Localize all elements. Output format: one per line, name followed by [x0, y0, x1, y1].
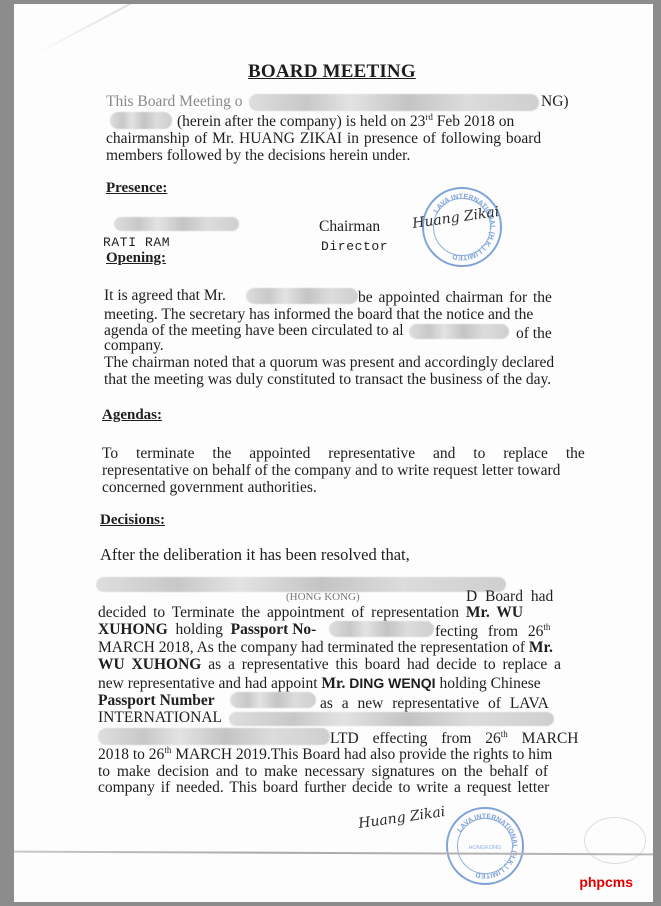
intro-line-1: This Board Meeting o	[106, 94, 242, 110]
agendas-line-2: representative on behalf of the company …	[102, 463, 560, 479]
signature-bottom: Huang Zikai	[357, 804, 446, 832]
opening-line-6: that the meeting was duly constituted to…	[104, 372, 551, 388]
redacted-company-full-2	[98, 728, 330, 745]
stamp-text-icon: LAVA INTERNATIONAL (H.K.) LIMITED HONGKO…	[448, 809, 522, 883]
decisions-line-11: to make decision and to make necessary s…	[98, 764, 548, 780]
svg-text:HONGKONG: HONGKONG	[469, 845, 502, 851]
opening-line-1-end: be appointed chairman for the	[358, 290, 552, 306]
opening-line-3-end: of the	[516, 326, 552, 342]
opening-line-1-start: It is agreed that Mr.	[104, 288, 226, 304]
decisions-line-3-end: fecting from 26th	[435, 624, 550, 640]
decisions-line-12: company if needed. This board further de…	[98, 780, 549, 796]
redacted-company-full	[229, 712, 554, 726]
redacted-company-suffix	[110, 112, 172, 129]
intro-line-4: members followed by the decisions herein…	[106, 148, 410, 164]
member-role-director: Director	[321, 239, 388, 255]
decisions-heading: Decisions:	[100, 512, 165, 529]
agendas-heading: Agendas:	[102, 407, 162, 424]
member-name: RATI RAM	[103, 235, 170, 251]
watermark: phpcms	[579, 874, 633, 890]
opening-line-2: meeting. The secretary has informed the …	[104, 307, 533, 323]
agendas-line-3: concerned government authorities.	[102, 480, 317, 496]
redacted-member-name	[114, 217, 239, 231]
opening-line-5: The chairman noted that a quorum was pre…	[104, 355, 554, 371]
agendas-line-1: To terminate the appointed representativ…	[102, 446, 585, 462]
redacted-passport-number	[230, 692, 316, 708]
document-page: BOARD MEETING This Board Meeting o NG) (…	[14, 4, 653, 902]
decisions-line-4: MARCH 2018, As the company had terminate…	[98, 640, 553, 656]
company-stamp-bottom: LAVA INTERNATIONAL (H.K.) LIMITED HONGKO…	[446, 807, 524, 885]
decisions-line-5: WU XUHONG as a representative this board…	[98, 657, 561, 673]
decisions-line-6: new representative and had appoint Mr. D…	[98, 675, 541, 692]
decisions-line-7-end: as a new representative of LAVA	[320, 696, 549, 712]
decisions-line-1-end: D Board had	[466, 589, 553, 605]
decisions-line-2: decided to Terminate the appointment of …	[98, 605, 523, 621]
decisions-line-9: LTD effecting from 26th MARCH	[330, 731, 579, 747]
intro-line-3: chairmanship of Mr. HUANG ZIKAI in prese…	[106, 131, 541, 147]
opening-line-4: company.	[104, 338, 164, 354]
member-role-chairman: Chairman	[319, 219, 380, 235]
intro-line-2: (herein after the company) is held on 23…	[177, 114, 514, 130]
intro-line-1-end: NG)	[541, 94, 569, 110]
presence-heading: Presence:	[106, 180, 167, 197]
redacted-passport-no	[329, 621, 434, 637]
paper-fold-line	[34, 4, 212, 56]
decisions-line-3: XUHONG holding Passport No-	[98, 622, 316, 638]
redacted-chairman-name	[246, 288, 358, 304]
decisions-line-10: 2018 to 26th MARCH 2019.This Board had a…	[98, 747, 552, 763]
decisions-line-1-mid: (HONG KONG)	[286, 589, 360, 605]
faint-stamp-outline	[584, 817, 646, 864]
document-title: BOARD MEETING	[248, 61, 416, 83]
redacted-directors	[409, 324, 509, 339]
redacted-company-name	[249, 94, 539, 111]
decisions-line-8: INTERNATIONAL	[98, 710, 222, 726]
decisions-line-7: Passport Number	[98, 693, 215, 709]
decisions-resolved: After the deliberation it has been resol…	[100, 547, 410, 563]
opening-heading: Opening:	[106, 250, 166, 267]
